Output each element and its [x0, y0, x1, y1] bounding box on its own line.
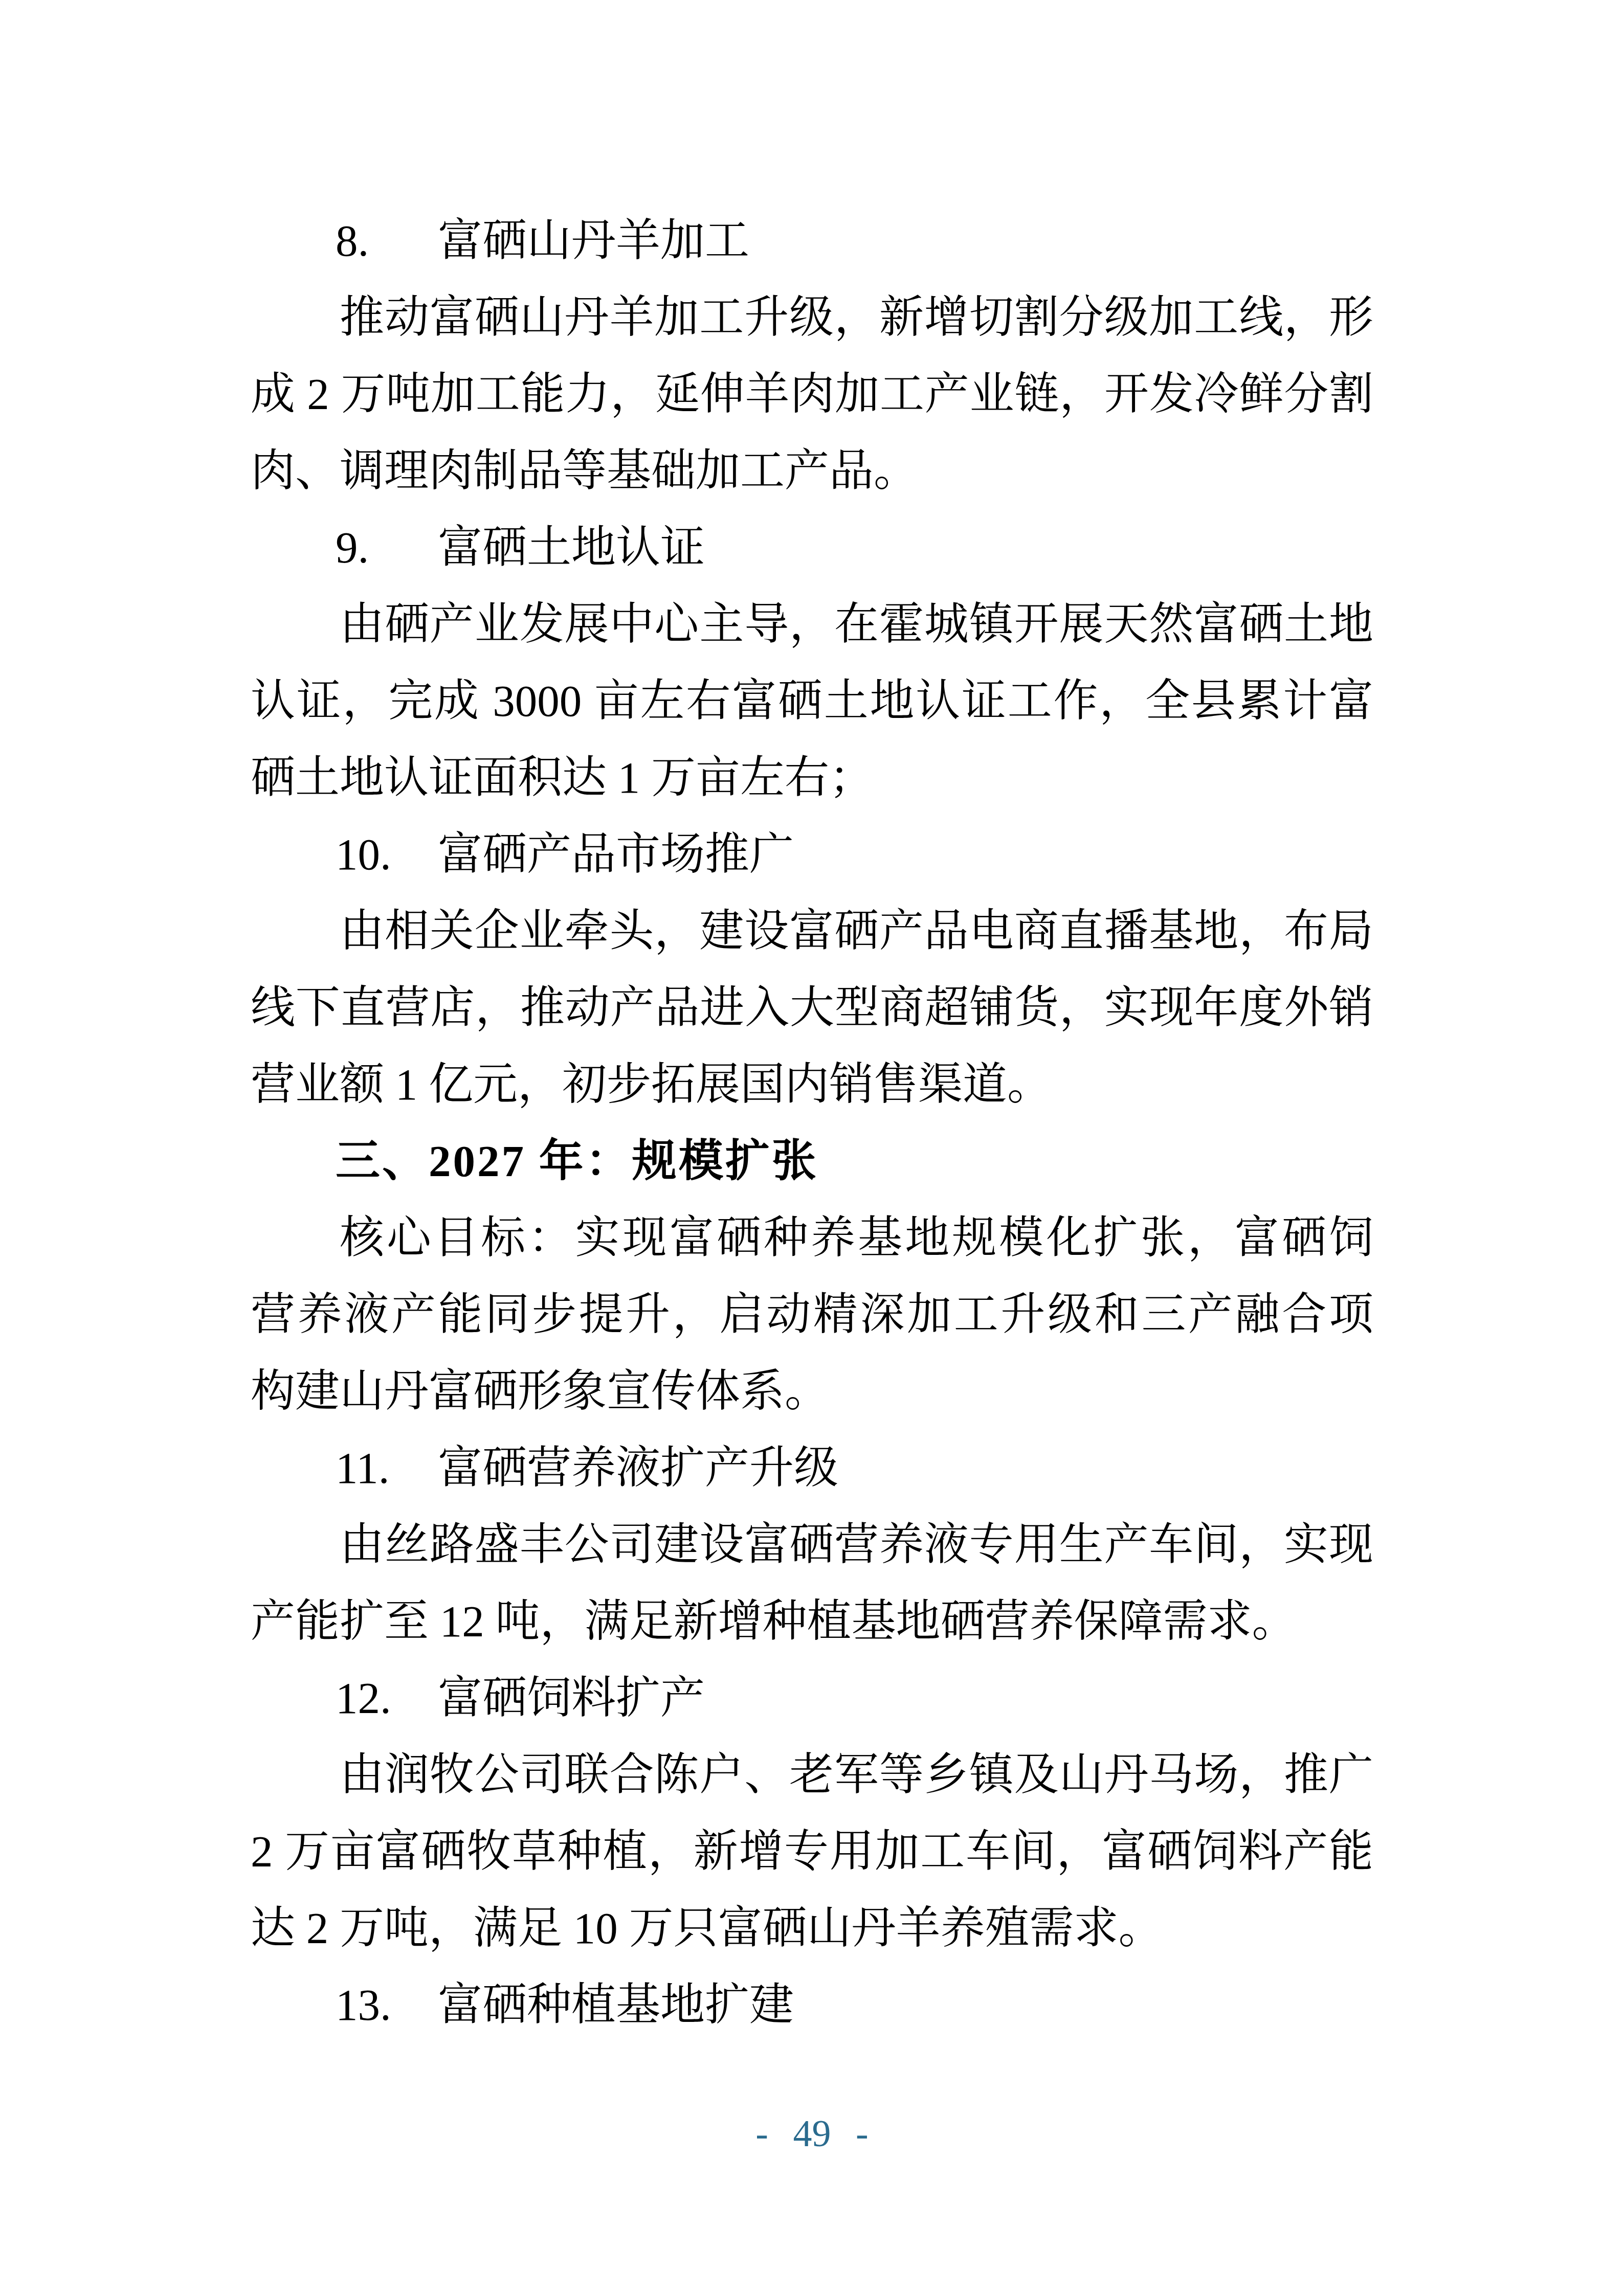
body-line: 构建山丹富硒形象宣传体系。: [251, 1353, 1373, 1430]
body-line: 线下直营店，推动产品进入大型商超铺货，实现年度外销: [251, 970, 1373, 1046]
body-line: 由硒产业发展中心主导，在霍城镇开展天然富硒土地: [251, 586, 1373, 663]
list-item-heading: 11.富硒营养液扩产升级: [251, 1430, 1373, 1506]
section-heading: 三、2027 年：规模扩张: [251, 1123, 1373, 1200]
list-item-heading: 12.富硒饲料扩产: [251, 1660, 1373, 1737]
body-line: 由相关企业牵头，建设富硒产品电商直播基地，布局: [251, 893, 1373, 970]
list-item-heading: 13.富硒种植基地扩建: [251, 1967, 1373, 2043]
list-item-heading: 8.富硒山丹羊加工: [251, 202, 1373, 279]
body-line: 营业额 1 亿元，初步拓展国内销售渠道。: [251, 1046, 1373, 1123]
item-title: 富硒种植基地扩建: [438, 1967, 794, 2043]
body-line: 营养液产能同步提升，启动精深加工升级和三产融合项目，: [251, 1276, 1373, 1353]
item-title: 富硒饲料扩产: [438, 1660, 705, 1737]
body-line: 由润牧公司联合陈户、老军等乡镇及山丹马场，推广: [251, 1737, 1373, 1813]
body-line: 达 2 万吨，满足 10 万只富硒山丹羊养殖需求。: [251, 1890, 1373, 1967]
item-number: 13.: [336, 1967, 438, 2043]
body-line: 2 万亩富硒牧草种植，新增专用加工车间，富硒饲料产能: [251, 1813, 1373, 1890]
document-page: 8.富硒山丹羊加工推动富硒山丹羊加工升级，新增切割分级加工线，形成 2 万吨加工…: [0, 0, 1624, 2296]
item-title: 富硒山丹羊加工: [438, 202, 749, 279]
body-line: 推动富硒山丹羊加工升级，新增切割分级加工线，形: [251, 279, 1373, 356]
item-number: 8.: [336, 202, 438, 279]
list-item-heading: 10.富硒产品市场推广: [251, 816, 1373, 893]
list-item-heading: 9.富硒土地认证: [251, 509, 1373, 586]
body-line: 成 2 万吨加工能力，延伸羊肉加工产业链，开发冷鲜分割: [251, 356, 1373, 433]
body-line: 认证，完成 3000 亩左右富硒土地认证工作，全县累计富: [251, 663, 1373, 739]
item-title: 富硒营养液扩产升级: [438, 1430, 838, 1506]
item-title: 富硒产品市场推广: [438, 816, 794, 893]
body-line: 产能扩至 12 吨，满足新增种植基地硒营养保障需求。: [251, 1583, 1373, 1660]
page-number: - 49 -: [0, 2106, 1624, 2162]
item-number: 10.: [336, 816, 438, 893]
body-line: 核心目标：实现富硒种养基地规模化扩张，富硒饲料、: [251, 1200, 1373, 1276]
item-number: 9.: [336, 509, 438, 586]
body-line: 肉、调理肉制品等基础加工产品。: [251, 433, 1373, 509]
document-body: 8.富硒山丹羊加工推动富硒山丹羊加工升级，新增切割分级加工线，形成 2 万吨加工…: [251, 202, 1373, 2043]
item-number: 11.: [336, 1430, 438, 1506]
item-title: 富硒土地认证: [438, 509, 705, 586]
body-line: 由丝路盛丰公司建设富硒营养液专用生产车间，实现: [251, 1506, 1373, 1583]
item-number: 12.: [336, 1660, 438, 1737]
body-line: 硒土地认证面积达 1 万亩左右；: [251, 739, 1373, 816]
